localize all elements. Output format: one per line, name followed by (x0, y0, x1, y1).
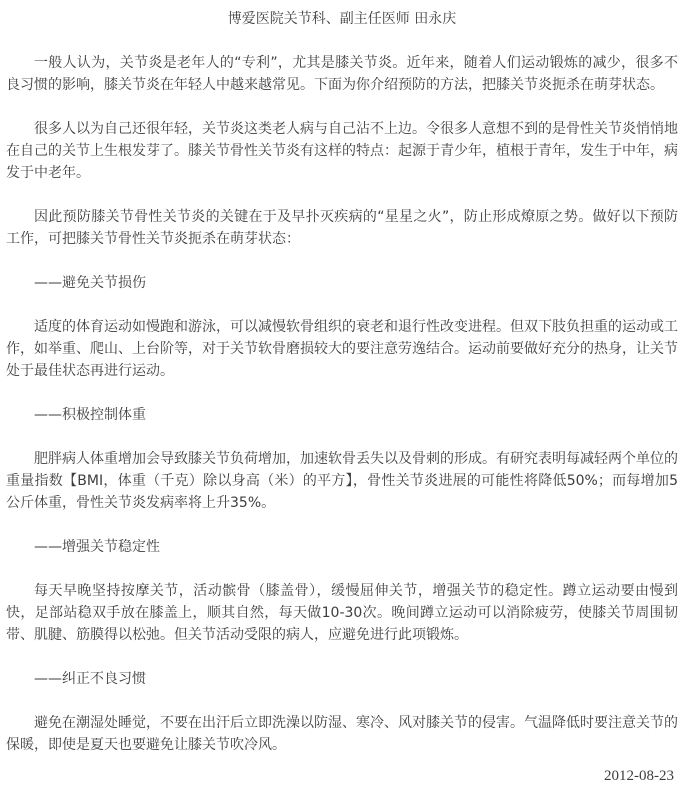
paragraph-weight-bmi: 肥胖病人体重增加会导致膝关节负荷增加，加速软骨丢失以及骨刺的形成。有研究表明每减… (6, 448, 678, 514)
section-heading-correct-bad-habits: ——纠正不良习惯 (6, 668, 678, 690)
doc-title: 博爱医院关节科、副主任医师 田永庆 (6, 8, 678, 30)
paragraph-prevention-key: 因此预防膝关节骨性关节炎的关键在于及早扑灭疾病的“星星之火”，防止形成燎原之势。… (6, 206, 678, 250)
paragraph-young-people: 很多人以为自己还很年轻，关节炎这类老人病与自己沾不上边。令很多人意想不到的是骨性… (6, 118, 678, 184)
paragraph-massage-squat: 每天早晚坚持按摩关节，活动髌骨（膝盖骨），缓慢屈伸关节，增强关节的稳定性。蹲立运… (6, 580, 678, 646)
section-heading-joint-stability: ——增强关节稳定性 (6, 536, 678, 558)
doc-date: 2012-08-23 (604, 765, 674, 787)
paragraph-intro: 一般人认为，关节炎是老年人的“专利”，尤其是膝关节炎。近年来，随着人们运动锻炼的… (6, 52, 678, 96)
document-page: 博爱医院关节科、副主任医师 田永庆 一般人认为，关节炎是老年人的“专利”，尤其是… (0, 0, 684, 793)
section-heading-control-weight: ——积极控制体重 (6, 404, 678, 426)
paragraph-damp-cold-protection: 避免在潮湿处睡觉，不要在出汗后立即洗澡以防湿、寒冷、风对膝关节的侵害。气温降低时… (6, 712, 678, 756)
paragraph-exercise-advice: 适度的体育运动如慢跑和游泳，可以减慢软骨组织的衰老和退行性改变进程。但双下肢负担… (6, 316, 678, 382)
section-heading-avoid-joint-injury: ——避免关节损伤 (6, 272, 678, 294)
